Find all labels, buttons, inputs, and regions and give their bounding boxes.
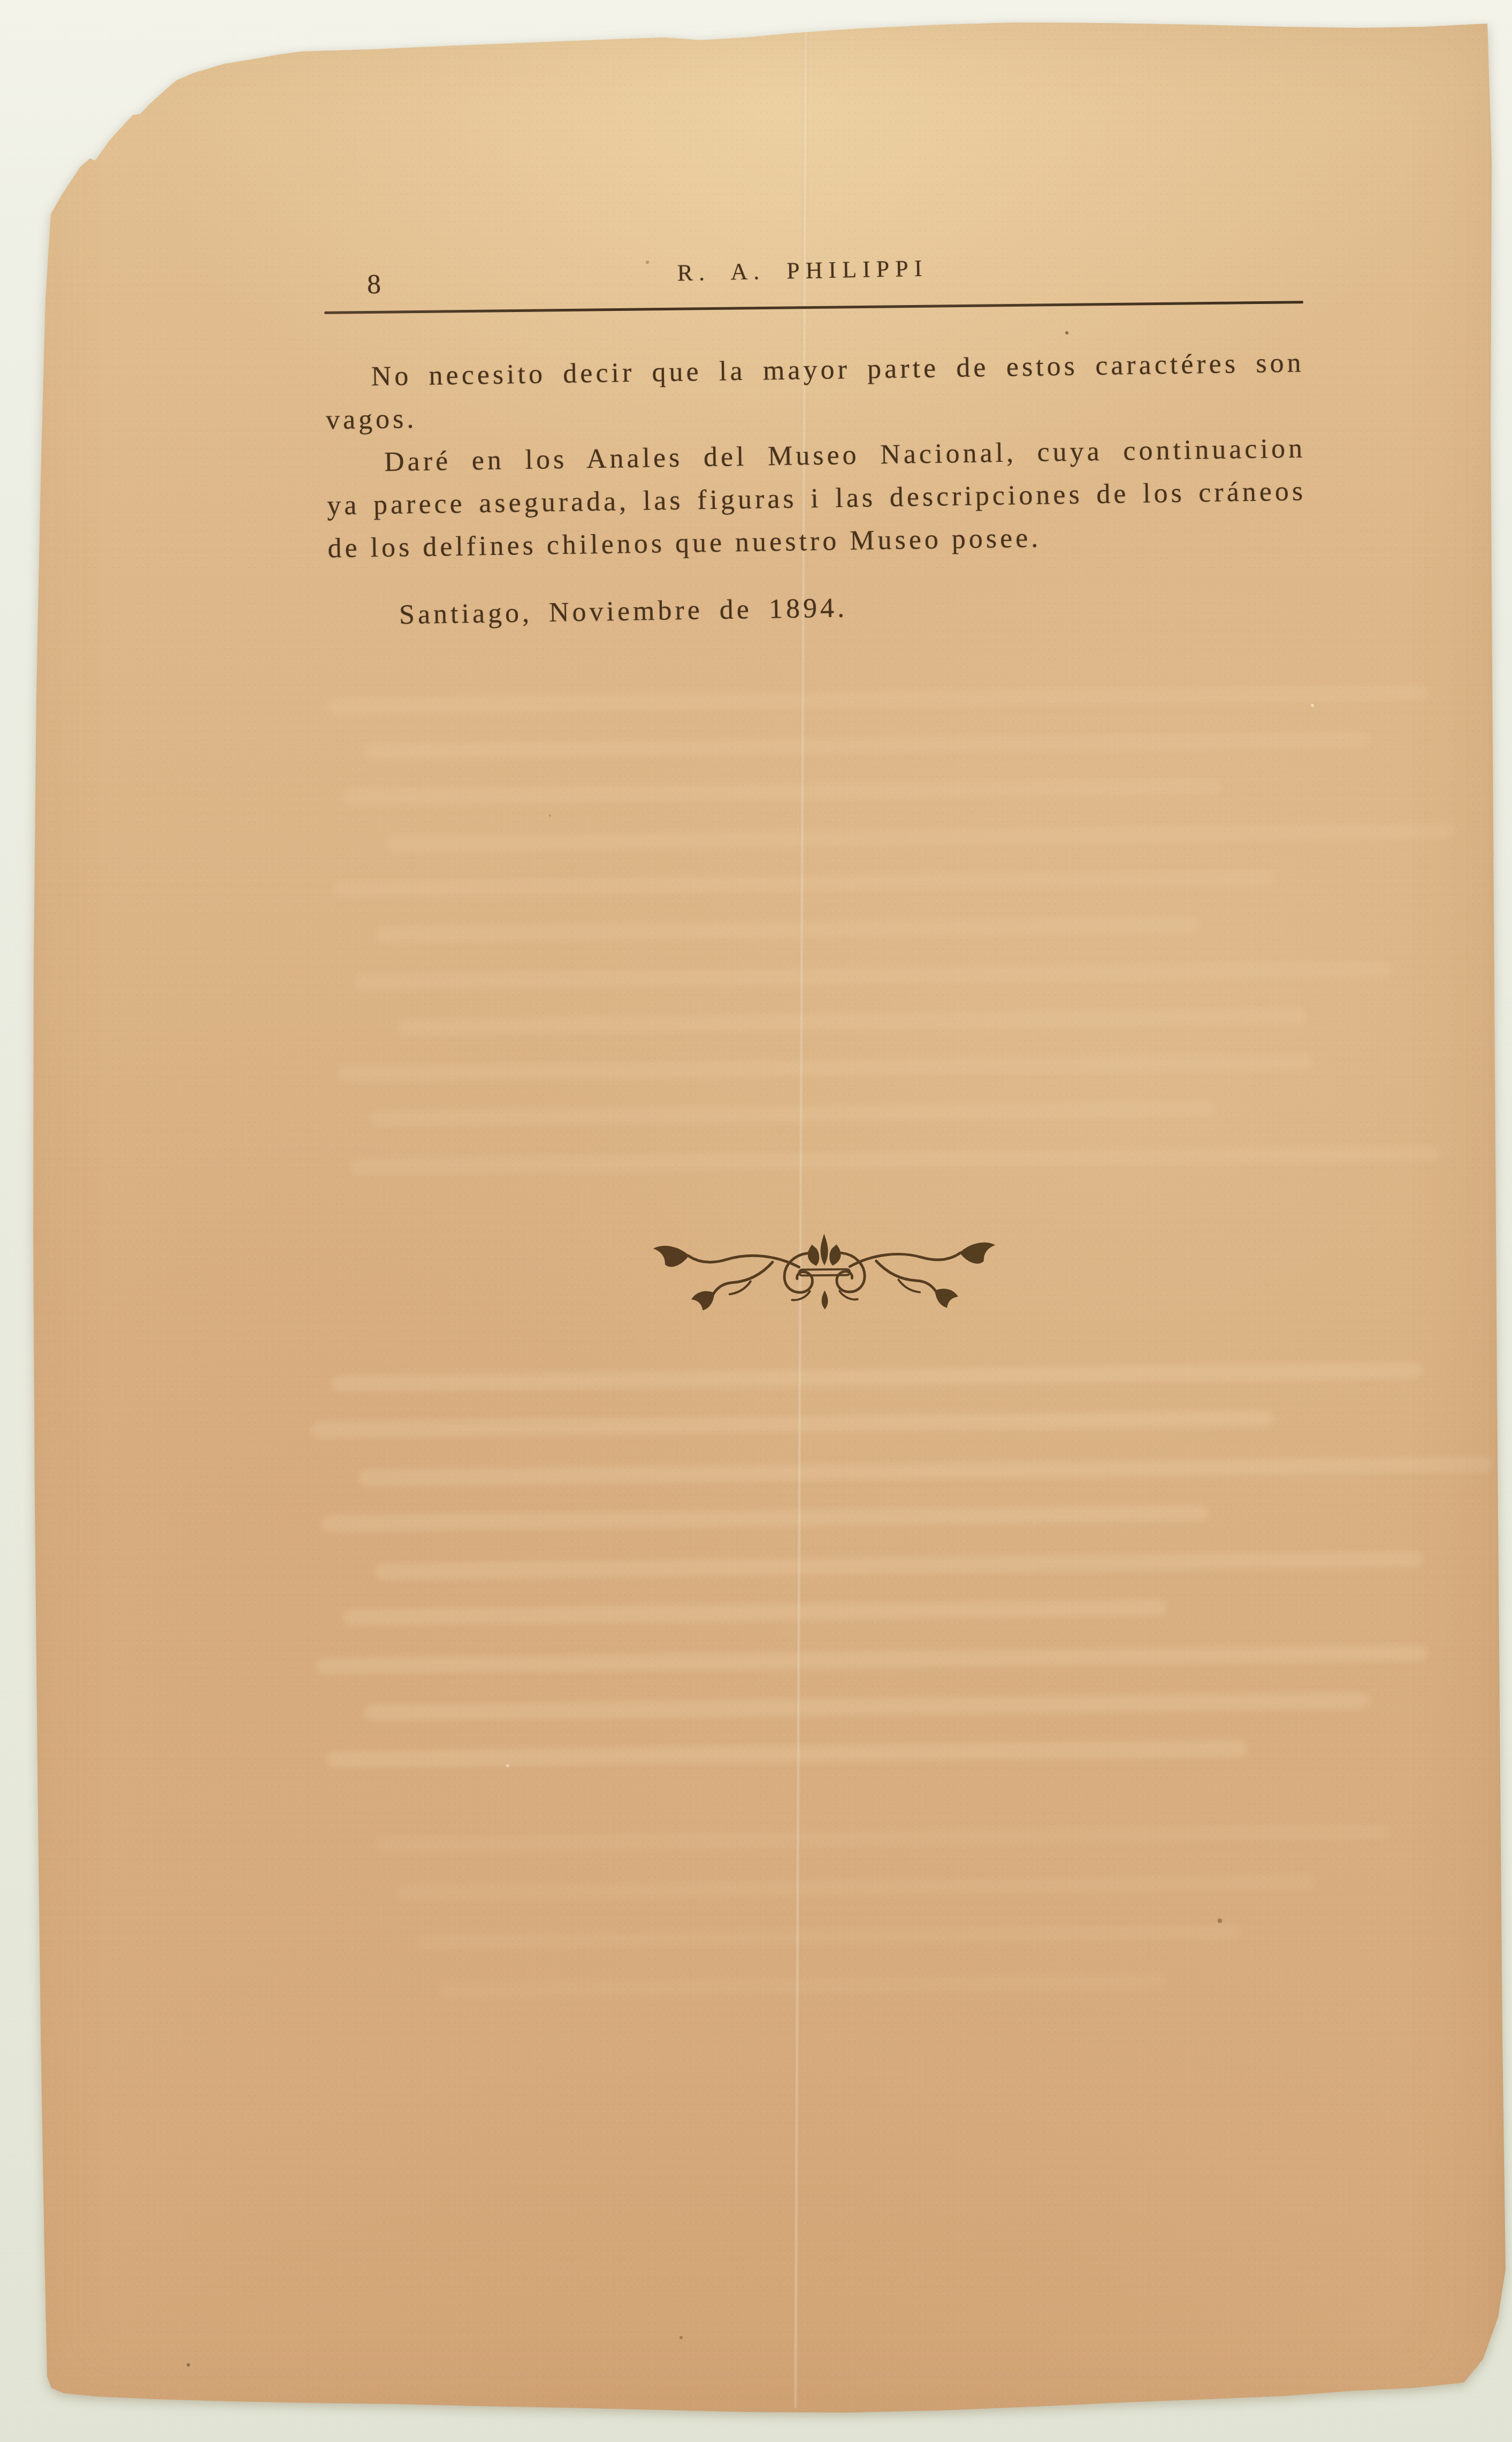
dateline: Santiago, Noviembre de 1894. (399, 591, 848, 632)
bleed-through-line (396, 1874, 1316, 1901)
header-rule (324, 301, 1303, 314)
bleed-through-line (310, 1410, 1273, 1438)
bleed-through-line (342, 1600, 1166, 1626)
bleed-through-line (376, 917, 1200, 943)
bleed-through-line (349, 1145, 1440, 1175)
running-header: R. A. PHILIPPI (631, 256, 974, 286)
bleed-through-line (439, 1974, 1166, 1999)
bleed-through-line (365, 732, 1371, 760)
body-text: No necesito decir que la mayor parte de … (325, 341, 1307, 570)
bleed-through-line (343, 778, 1221, 805)
fleuron-icon (638, 1228, 1011, 1316)
page-number: 8 (367, 271, 381, 299)
bleed-through-line (417, 1924, 1241, 1950)
bleed-through-line (354, 961, 1392, 990)
fleuron-divider (638, 1228, 1011, 1316)
bleed-through-line (370, 1100, 1216, 1127)
bleed-through-line (326, 1740, 1247, 1767)
bleed-through-line (364, 1693, 1370, 1721)
bleed-through-line (327, 684, 1430, 714)
paper-specks (0, 0, 1, 1)
bleed-through-line (332, 1363, 1423, 1392)
bleed-through-line (358, 1456, 1493, 1486)
bleed-through-line (386, 823, 1456, 852)
bleed-through-line (397, 1008, 1307, 1036)
scanned-page-shadow: 8 R. A. PHILIPPI No necesito decir que l… (0, 0, 1512, 2442)
bleed-through-line (338, 1054, 1312, 1082)
bleed-through-line (316, 1645, 1429, 1674)
bleed-through-line (375, 1551, 1423, 1580)
scanner-background: 8 R. A. PHILIPPI No necesito decir que l… (0, 0, 1512, 2442)
bleed-through-line (321, 1505, 1209, 1532)
bleed-through-line (375, 1824, 1391, 1852)
book-page: 8 R. A. PHILIPPI No necesito decir que l… (0, 0, 1512, 2442)
